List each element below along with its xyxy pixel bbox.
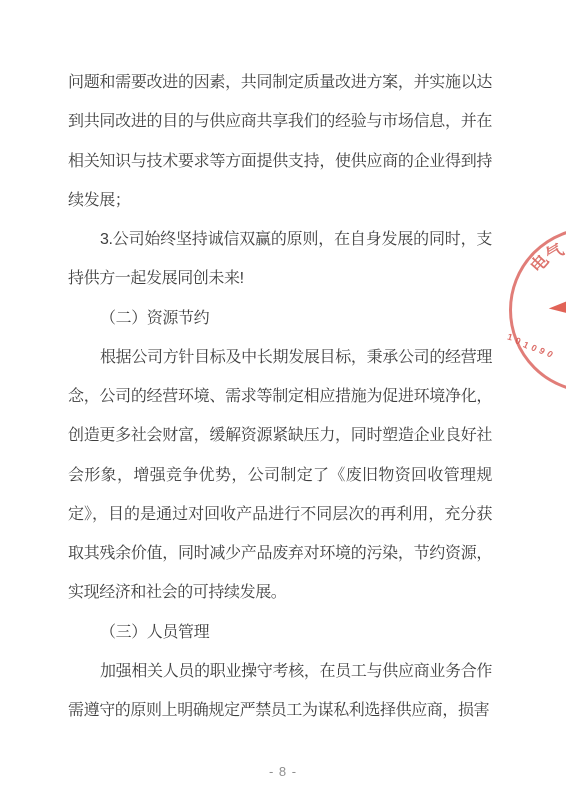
- paragraph: 加强相关人员的职业操守考核，在员工与供应商业务合作需遵守的原则上明确规定严禁员工…: [68, 652, 492, 731]
- paragraph: 根据公司方针目标及中长期发展目标，秉承公司的经营理念，公司的经营环境、需求等制定…: [68, 338, 492, 613]
- seal-serial-digit: 1: [519, 338, 532, 351]
- document-body-text: 问题和需要改进的因素，共同制定质量改进方案，并实施以达到共同改进的目的与供应商共…: [68, 63, 492, 730]
- document-page: 问题和需要改进的因素，共同制定质量改进方案，并实施以达到共同改进的目的与供应商共…: [0, 0, 566, 800]
- section-heading: （三）人员管理: [68, 613, 492, 652]
- seal-serial-digit: 9: [535, 344, 549, 358]
- seal-arc-character: 电: [524, 248, 555, 279]
- seal-serial-digit: 0: [527, 341, 541, 355]
- seal-ring: [509, 227, 566, 393]
- seal-serial-digit: 0: [543, 347, 557, 361]
- star-icon: ★: [509, 219, 566, 388]
- section-heading: （二）资源节约: [68, 299, 492, 338]
- paragraph: 3.公司始终坚持诚信双赢的原则，在自身发展的同时，支持供方一起发展同创未来!: [68, 220, 492, 299]
- paragraph: 问题和需要改进的因素，共同制定质量改进方案，并实施以达到共同改进的目的与供应商共…: [68, 63, 492, 220]
- page-number: - 8 -: [0, 764, 566, 779]
- seal-serial-digit: 1: [504, 331, 516, 343]
- seal-serial-digit: 0: [512, 335, 525, 348]
- seal-arc-character: 气: [540, 238, 566, 268]
